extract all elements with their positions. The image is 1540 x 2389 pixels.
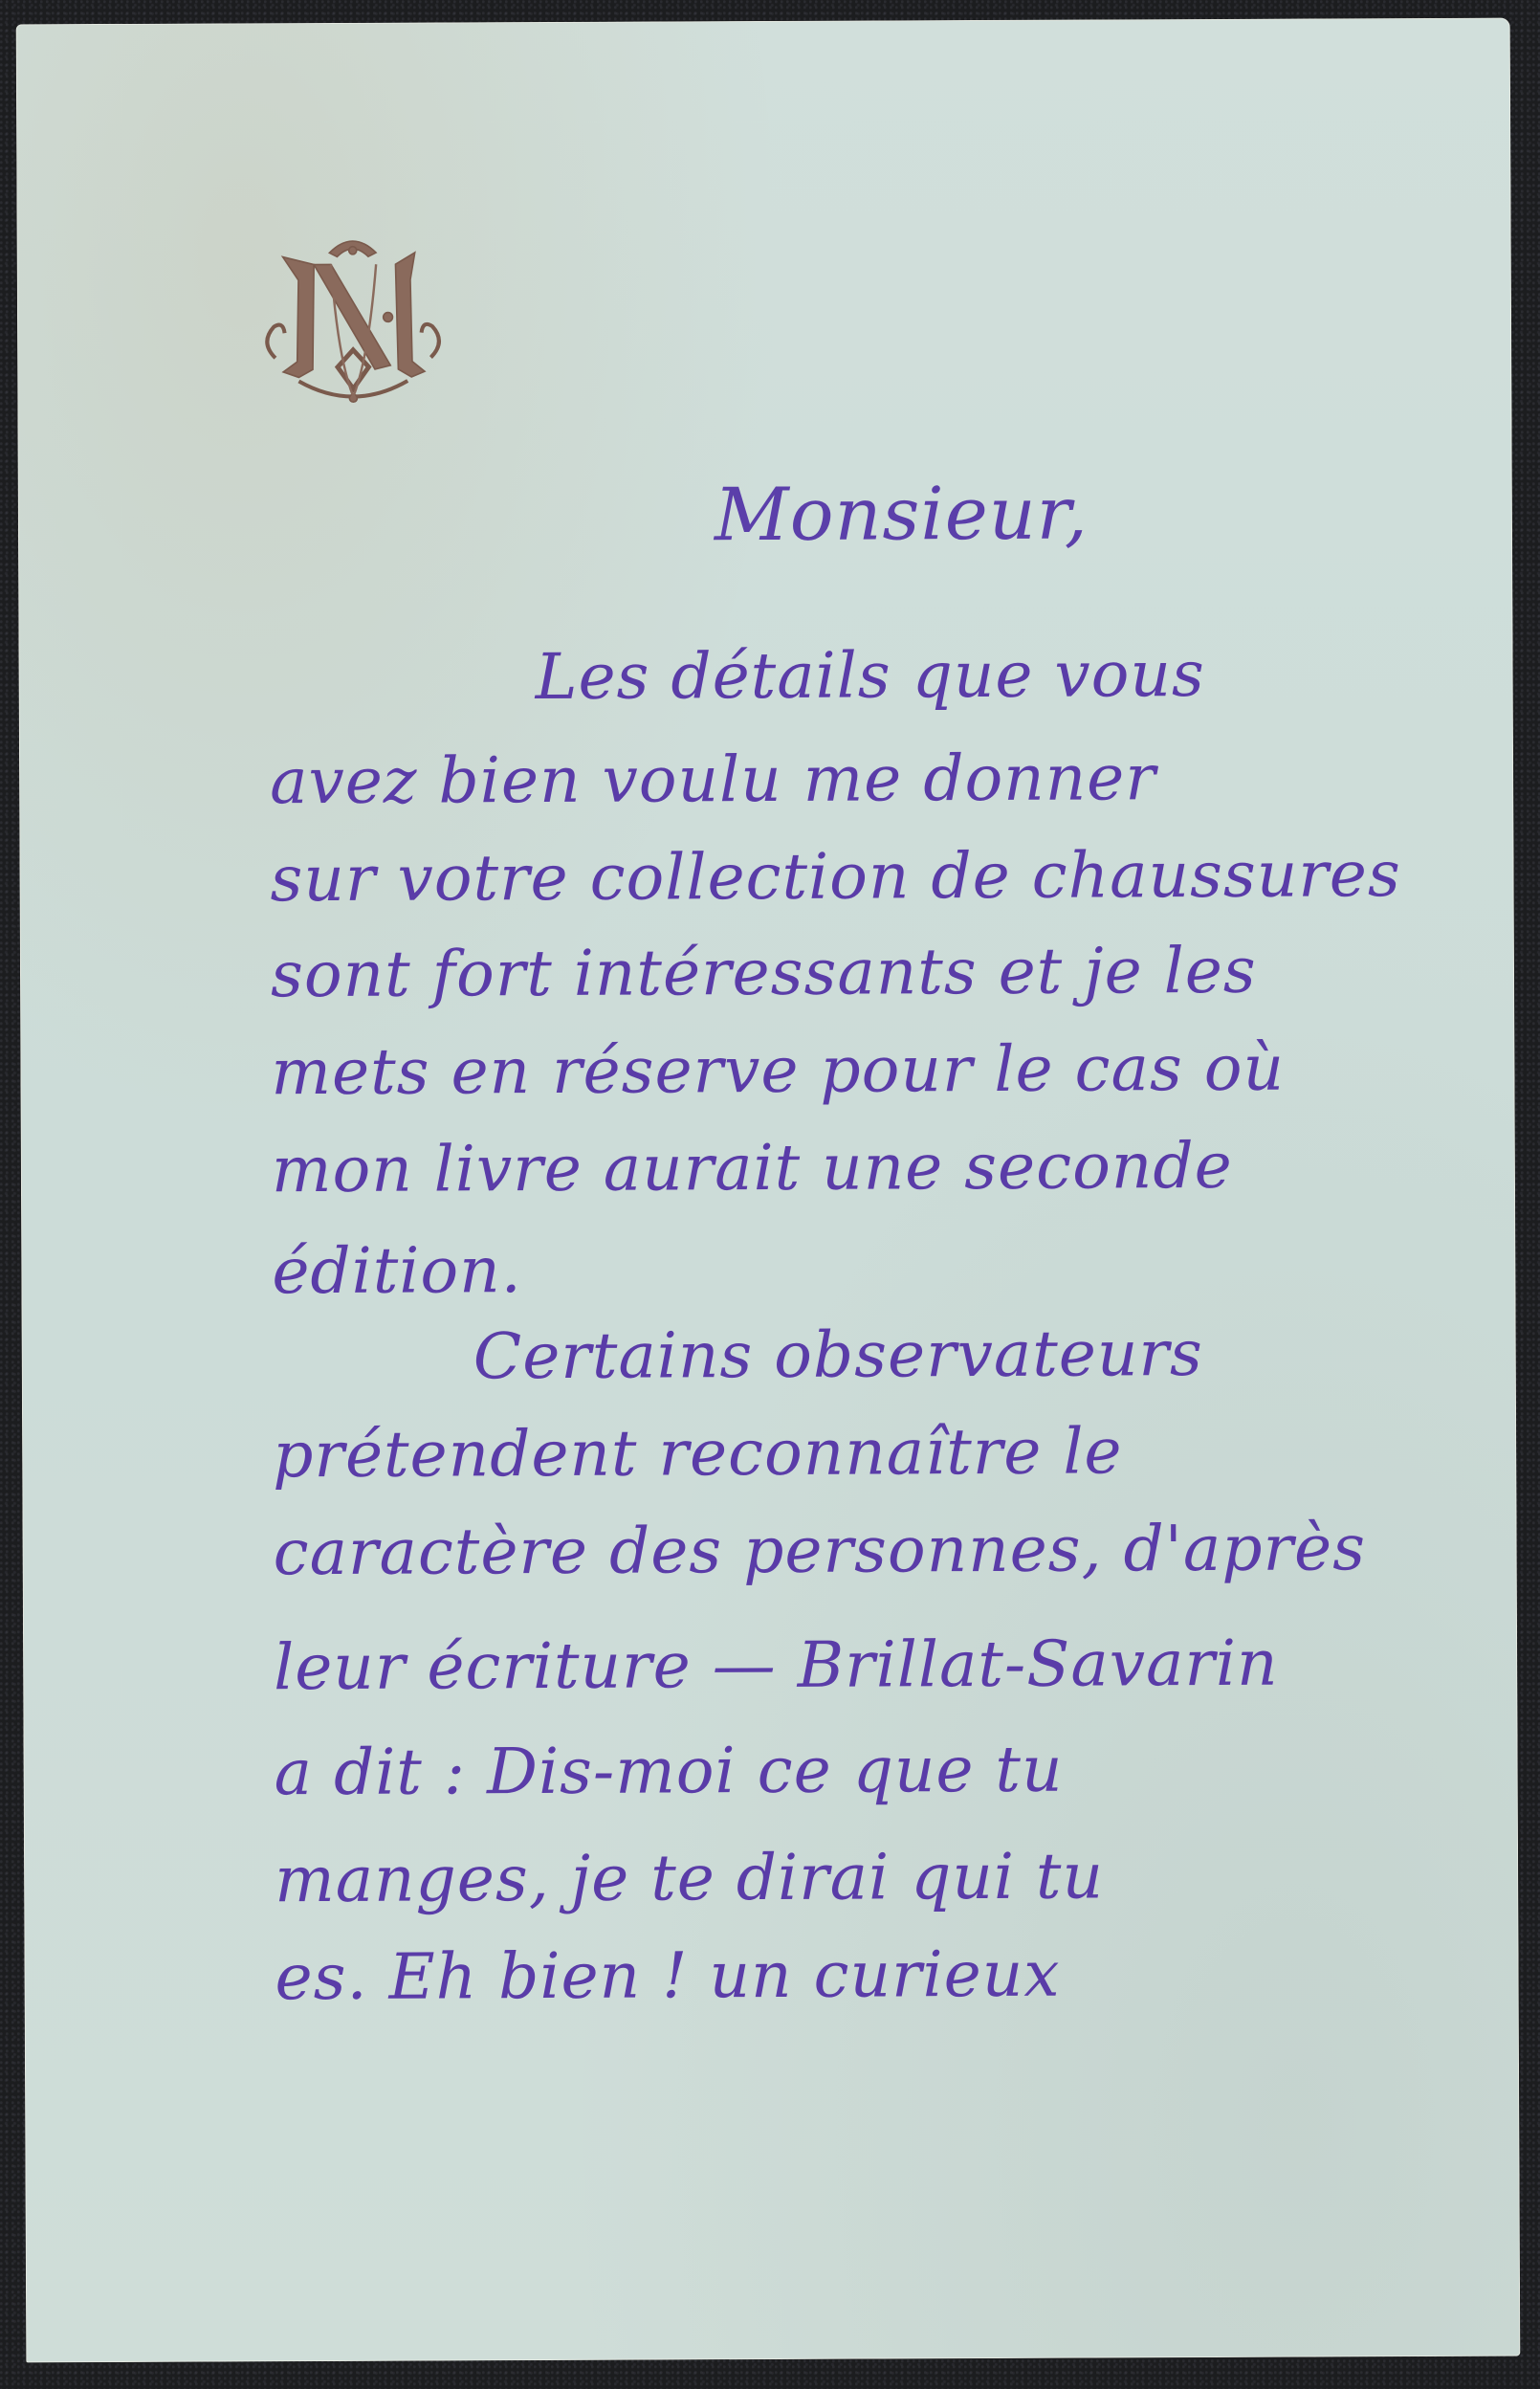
letter-paper: Monsieur, Les détails que vous avez bien… (16, 18, 1521, 2363)
salutation: Monsieur, (715, 477, 1089, 552)
letter-line: sont fort intéressants et je les (271, 940, 1257, 1006)
letter-line: Les détails que vous (536, 643, 1205, 709)
letter-line: prétendent reconnaître le (273, 1420, 1123, 1487)
letter-line: es. Eh bien ! un curieux (275, 1943, 1060, 2010)
letter-line: avez bien voulu me donner (270, 746, 1156, 813)
letter-line: caractère des personnes, d'après (274, 1516, 1367, 1584)
letter-line: édition. (272, 1239, 522, 1303)
letter-line: Certains observateurs (473, 1322, 1203, 1388)
letter-line: sur votre collection de chaussures (270, 843, 1400, 911)
letter-line: mets en réserve pour le cas où (271, 1037, 1285, 1105)
letter-line: manges, je te dirai qui tu (275, 1845, 1104, 1912)
letter-line: leur écriture — Brillat-Savarin (274, 1632, 1279, 1700)
letter-line: a dit : Dis-moi ce que tu (275, 1738, 1064, 1805)
letter-line: mon livre aurait une seconde (272, 1135, 1233, 1202)
monogram-icon (259, 232, 448, 408)
